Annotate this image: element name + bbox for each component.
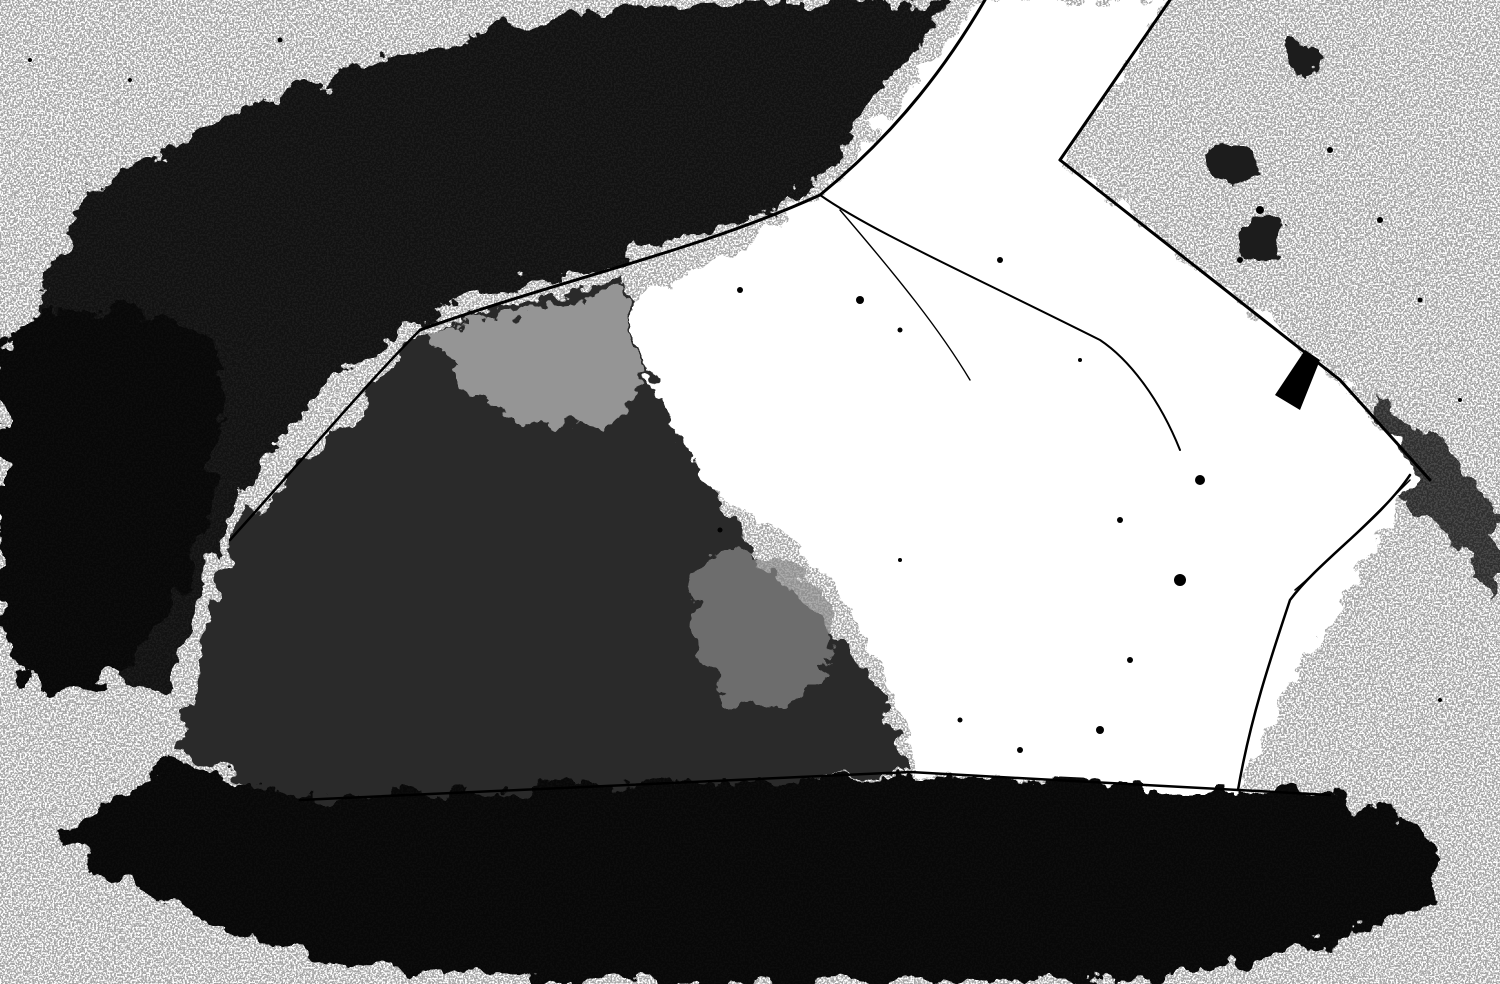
broken-glass-scene (0, 0, 1500, 984)
photograph: High-contrast black and white photograph… (0, 0, 1500, 984)
